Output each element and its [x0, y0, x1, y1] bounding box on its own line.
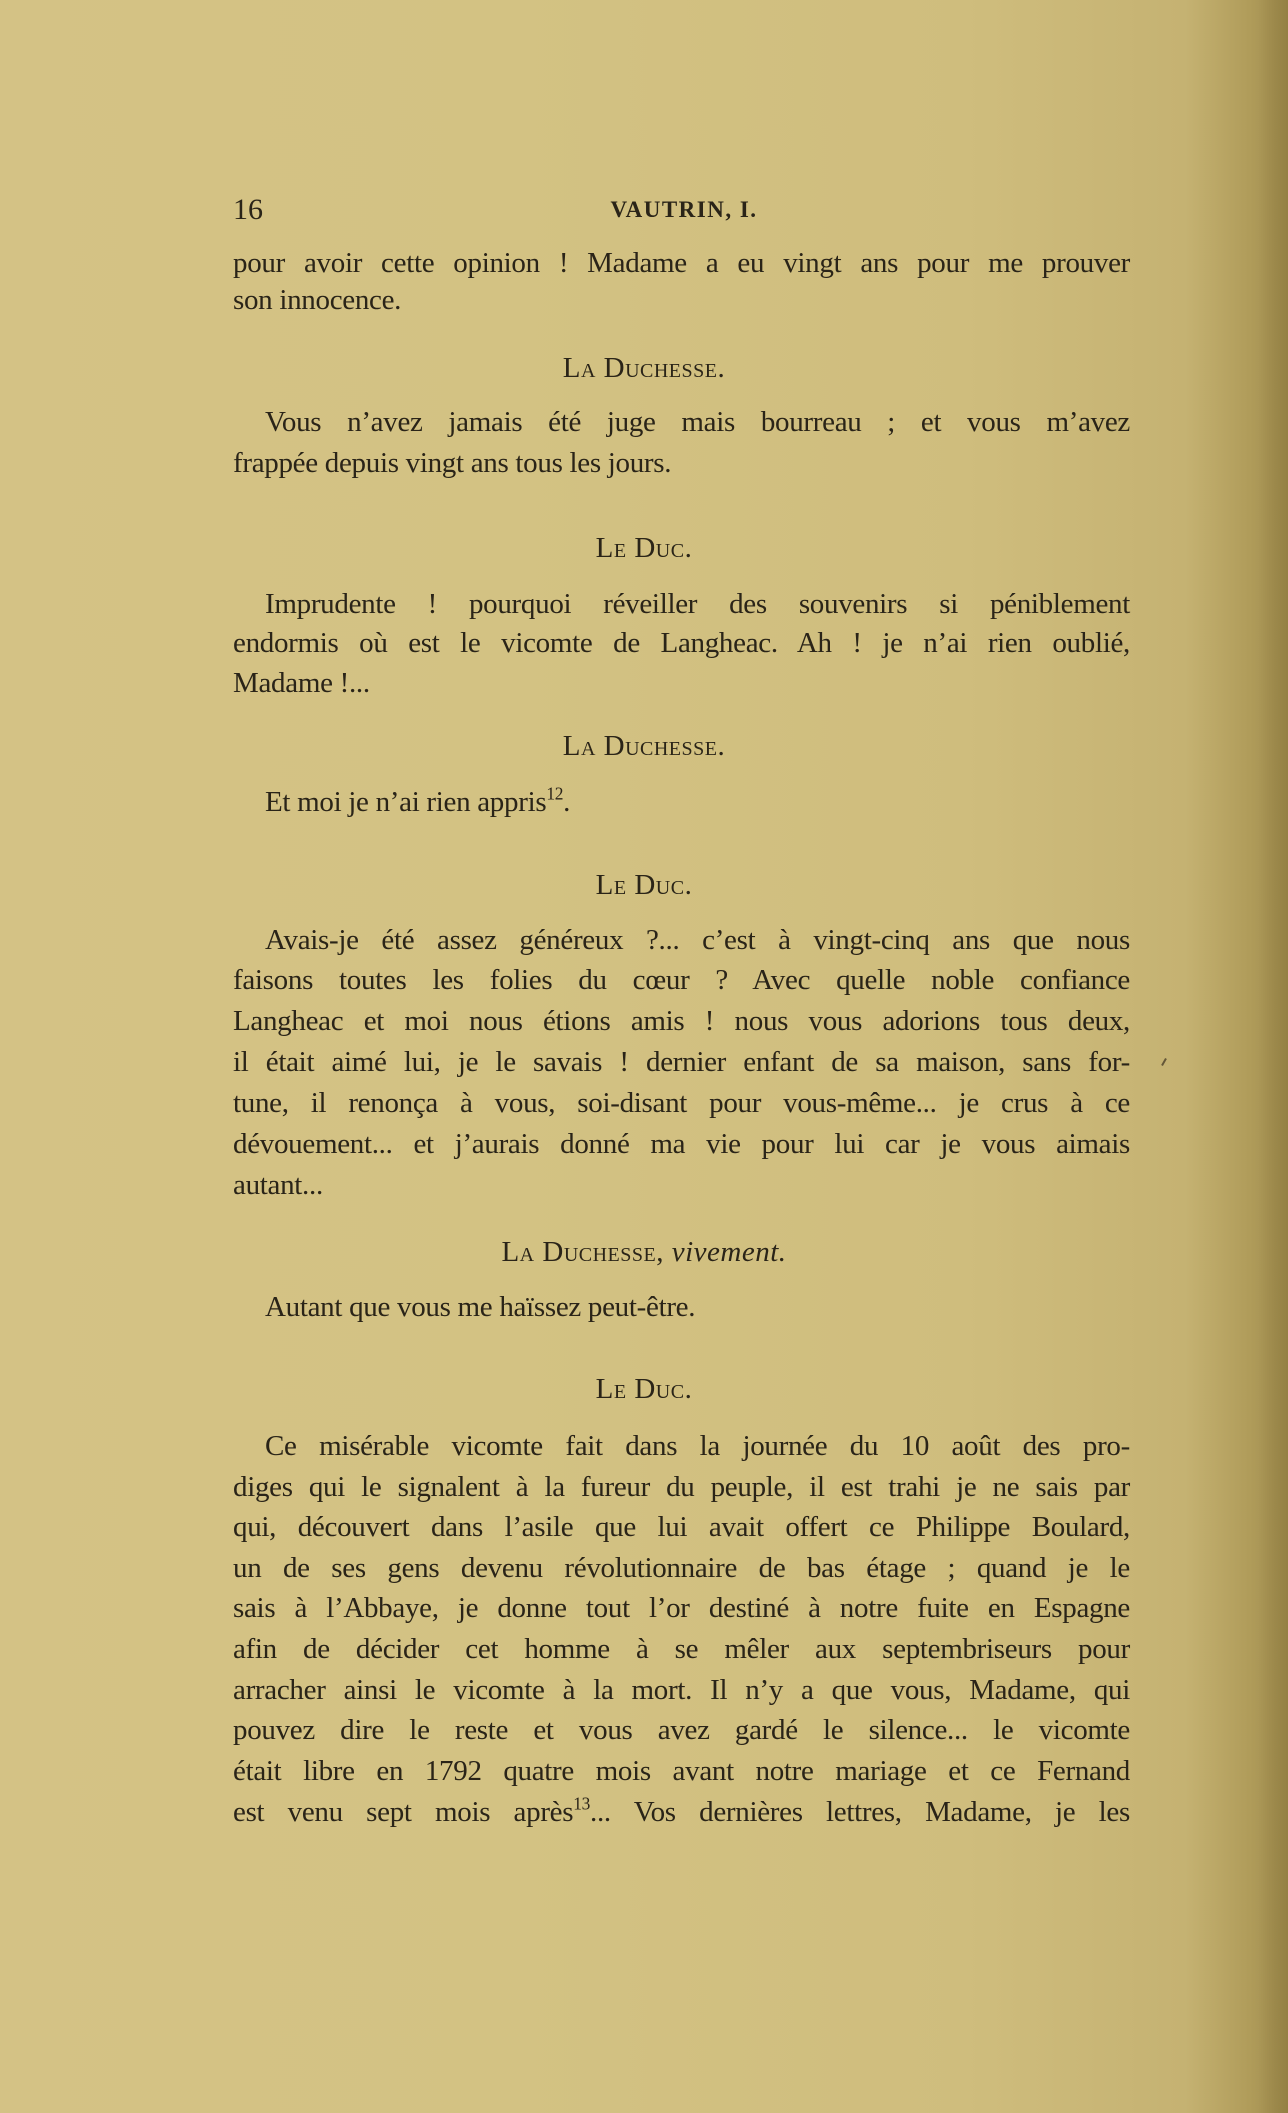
- text-line: Vous n’avez jamais été juge mais bourrea…: [265, 402, 1130, 442]
- text-line: Et moi je n’ai rien appris12.: [265, 782, 1130, 822]
- text-line: il était aimé lui, je le savais ! dernie…: [233, 1042, 1130, 1082]
- text-line: un de ses gens devenu révolutionnaire de…: [233, 1548, 1130, 1588]
- speaker-name: Le Duc.: [0, 528, 1288, 568]
- text-line: qui, découvert dans l’asile que lui avai…: [233, 1507, 1130, 1547]
- text-line: pour avoir cette opinion ! Madame a eu v…: [233, 243, 1130, 283]
- text-line: Autant que vous me haïssez peut-être.: [265, 1287, 1130, 1327]
- text-line: frappée depuis vingt ans tous les jours.: [233, 443, 1130, 483]
- speaker-name: Le Duc.: [0, 865, 1288, 905]
- text-line: Imprudente ! pourquoi réveiller des souv…: [265, 584, 1130, 624]
- footnote-ref[interactable]: 12: [546, 784, 563, 804]
- text-line: est venu sept mois après13... Vos derniè…: [233, 1792, 1130, 1832]
- text-line: dévouement... et j’aurais donné ma vie p…: [233, 1124, 1130, 1164]
- text-line: arracher ainsi le vicomte à la mort. Il …: [233, 1670, 1130, 1710]
- text-line: était libre en 1792 quatre mois avant no…: [233, 1751, 1130, 1791]
- page-gutter-shadow: [1258, 0, 1288, 2113]
- text-line: afin de décider cet homme à se mêler aux…: [233, 1629, 1130, 1669]
- text-line: autant...: [233, 1165, 1130, 1205]
- text-line: sais à l’Abbaye, je donne tout l’or dest…: [233, 1588, 1130, 1628]
- text-line: faisons toutes les folies du cœur ? Avec…: [233, 960, 1130, 1000]
- book-page: 16 VAUTRIN, I. pour avoir cette opinion …: [0, 0, 1288, 2113]
- footnote-ref[interactable]: 13: [573, 1794, 590, 1814]
- speaker-name: La Duchesse.: [0, 726, 1288, 766]
- speaker-name: La Duchesse.: [0, 348, 1288, 388]
- text-line: tune, il renonça à vous, soi-disant pour…: [233, 1083, 1130, 1123]
- running-title: VAUTRIN, I.: [0, 190, 1288, 230]
- speaker-name: La Duchesse, vivement.: [0, 1232, 1288, 1272]
- text-line: Ce misérable vicomte fait dans la journé…: [265, 1426, 1130, 1466]
- stage-direction: vivement.: [672, 1236, 787, 1268]
- text-line: Madame !...: [233, 663, 1130, 703]
- text-line: Avais-je été assez généreux ?... c’est à…: [265, 920, 1130, 960]
- speaker-name: Le Duc.: [0, 1369, 1288, 1409]
- text-line: pouvez dire le reste et vous avez gardé …: [233, 1710, 1130, 1750]
- text-line: endormis où est le vicomte de Langheac. …: [233, 623, 1130, 663]
- text-line: diges qui le signalent à la fureur du pe…: [233, 1467, 1130, 1507]
- text-line: Langheac et moi nous étions amis ! nous …: [233, 1001, 1130, 1041]
- text-line: son innocence.: [233, 280, 1130, 320]
- print-mark: [1161, 1058, 1167, 1066]
